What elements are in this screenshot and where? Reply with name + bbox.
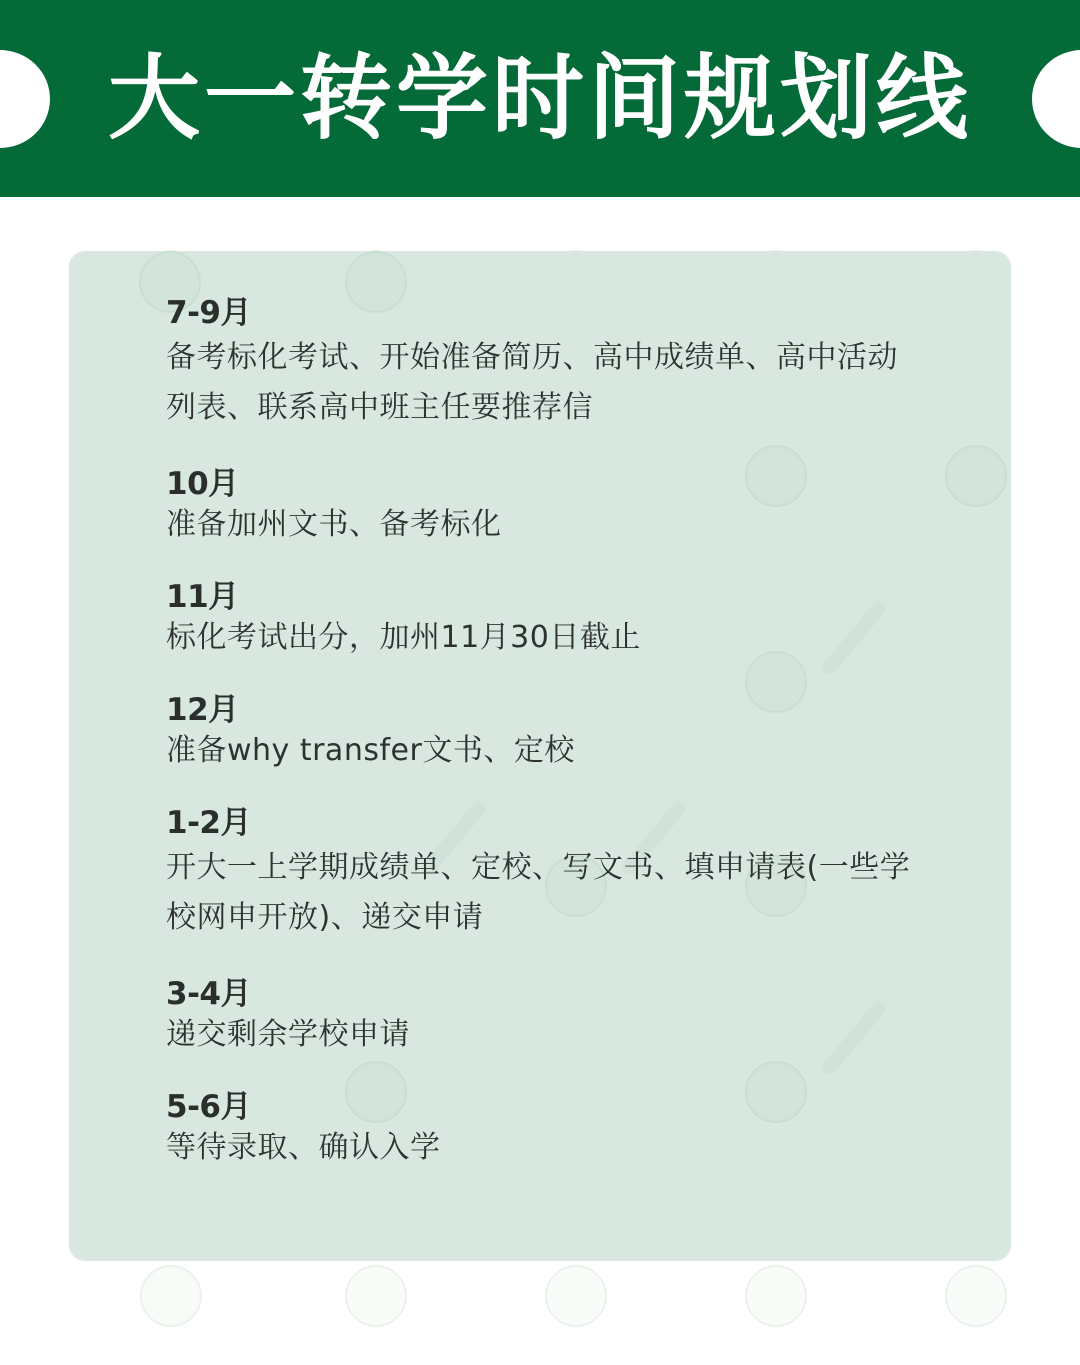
period-label: 1-2月 — [166, 803, 966, 843]
watermark-logo-icon — [945, 1265, 1007, 1327]
timeline-entry-jul-sep: 7-9月 备考标化考试、开始准备简历、高中成绩单、高中活动 列表、联系高中班主任… — [166, 293, 966, 433]
period-description: 列表、联系高中班主任要推荐信 — [166, 383, 966, 433]
period-description: 递交剩余学校申请 — [166, 1014, 966, 1056]
timeline-entry-nov: 11月 标化考试出分，加州11月30日截止 — [166, 577, 966, 659]
timeline-entry-dec: 12月 准备why transfer文书、定校 — [166, 690, 966, 772]
period-description: 等待录取、确认入学 — [166, 1127, 966, 1169]
timeline-card: 7-9月 备考标化考试、开始准备简历、高中成绩单、高中活动 列表、联系高中班主任… — [69, 251, 1011, 1261]
period-label: 12月 — [166, 690, 966, 730]
timeline-entry-may-jun: 5-6月 等待录取、确认入学 — [166, 1087, 966, 1169]
timeline-entry-mar-apr: 3-4月 递交剩余学校申请 — [166, 974, 966, 1056]
period-label: 3-4月 — [166, 974, 966, 1014]
timeline-entry-oct: 10月 准备加州文书、备考标化 — [166, 464, 966, 546]
watermark-logo-icon — [545, 1265, 607, 1327]
period-label: 7-9月 — [166, 293, 966, 333]
period-label: 11月 — [166, 577, 966, 617]
watermark-logo-icon — [745, 1265, 807, 1327]
header-banner: 大一转学时间规划线 — [0, 0, 1080, 197]
watermark-logo-icon — [345, 1265, 407, 1327]
timeline-list: 7-9月 备考标化考试、开始准备简历、高中成绩单、高中活动 列表、联系高中班主任… — [166, 293, 966, 1200]
period-label: 10月 — [166, 464, 966, 504]
period-description: 备考标化考试、开始准备简历、高中成绩单、高中活动 — [166, 333, 966, 383]
page-title: 大一转学时间规划线 — [0, 44, 1080, 154]
period-description: 标化考试出分，加州11月30日截止 — [166, 617, 966, 659]
period-label: 5-6月 — [166, 1087, 966, 1127]
page: 大一转学时间规划线 7-9月 备考标化考试、开始准备简历、高中成绩单、高中活动 … — [0, 0, 1080, 1365]
period-description: 校网申开放)、递交申请 — [166, 893, 966, 943]
period-description: 开大一上学期成绩单、定校、写文书、填申请表(一些学 — [166, 843, 966, 893]
watermark-logo-icon — [140, 1265, 202, 1327]
period-description: 准备why transfer文书、定校 — [166, 730, 966, 772]
timeline-entry-jan-feb: 1-2月 开大一上学期成绩单、定校、写文书、填申请表(一些学 校网申开放)、递交… — [166, 803, 966, 943]
period-description: 准备加州文书、备考标化 — [166, 504, 966, 546]
